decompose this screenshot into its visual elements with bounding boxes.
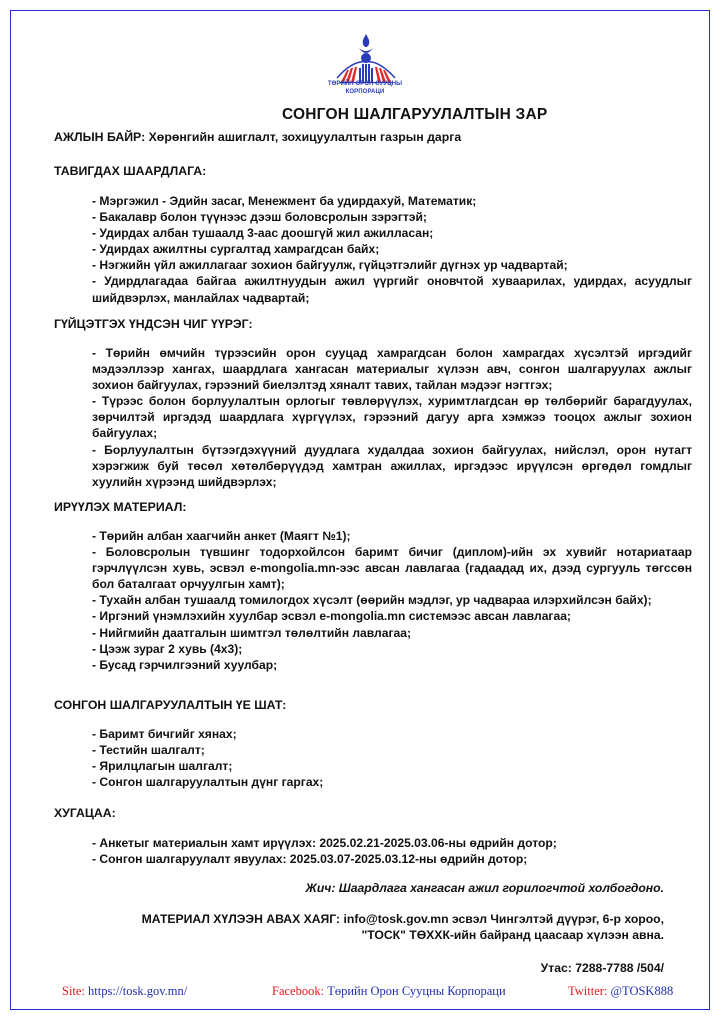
organization-name: ТӨРИЙН ОРОН СУУЦНЫ КОРПОРАЦИ <box>300 80 430 96</box>
deadline-heading: ХУГАЦАА: <box>54 806 116 820</box>
duties-heading: ГҮЙЦЭТГЭХ ҮНДСЭН ЧИГ ҮҮРЭГ: <box>54 317 253 331</box>
address-value-line1: info@tosk.gov.mn эсвэл Чингэлтэй дүүрэг,… <box>343 912 664 926</box>
requirements-heading: ТАВИГДАХ ШААРДЛАГА: <box>54 164 206 178</box>
material-item: - Иргэний үнэмлэхийн хуулбар эсвэл e-mon… <box>92 608 692 624</box>
deadline-item: - Сонгон шалгаруулалт явуулах: 2025.03.0… <box>92 851 692 867</box>
requirement-item: - Нэгжийн үйл ажиллагааг зохион байгуулж… <box>92 257 692 273</box>
duty-item: - Түрээс болон борлуулалтын орлогыг төвл… <box>92 393 692 441</box>
organization-name-line1: ТӨРИЙН ОРОН СУУЦНЫ <box>300 80 430 88</box>
stage-item: - Ярилцлагын шалгалт; <box>92 758 692 774</box>
note: Жич: Шаардлага хангасан ажил горилогчтой… <box>306 881 664 895</box>
twitter-label: Twitter: <box>568 984 607 998</box>
material-item: - Нийгмийн даатгалын шимтгэл төлөлтийн л… <box>92 625 692 641</box>
duty-item: - Төрийн өмчийн түрээсийн орон сууцад ха… <box>92 345 692 393</box>
deadline-list: - Анкетыг материалын хамт ирүүлэх: 2025.… <box>92 835 692 867</box>
position-line: АЖЛЫН БАЙР: Хөрөнгийн ашиглалт, зохицуул… <box>54 130 461 144</box>
requirement-item: - Мэргэжил - Эдийн засаг, Менежмент ба у… <box>92 193 692 209</box>
site-label: Site: <box>62 984 85 998</box>
material-item: - Бусад гэрчилгээний хуулбар; <box>92 657 692 673</box>
position-value: Хөрөнгийн ашиглалт, зохицуулалтын газрын… <box>149 130 462 144</box>
duty-item: - Борлуулалтын бүтээгдэхүүний дуудлага х… <box>92 442 692 490</box>
stages-list: - Баримт бичгийг хянах; - Тестийн шалгал… <box>92 726 692 790</box>
address-line1: МАТЕРИАЛ ХҮЛЭЭН АВАХ ХАЯГ: info@tosk.gov… <box>142 912 664 926</box>
deadline-item: - Анкетыг материалын хамт ирүүлэх: 2025.… <box>92 835 692 851</box>
organization-name-line2: КОРПОРАЦИ <box>300 88 430 96</box>
requirement-item: - Удирдах ажилтны сургалтад хамрагдсан б… <box>92 241 692 257</box>
requirements-list: - Мэргэжил - Эдийн засаг, Менежмент ба у… <box>92 193 692 306</box>
material-item: - Цээж зураг 2 хувь (4x3); <box>92 641 692 657</box>
requirement-item: - Удирдлагадаа байгаа ажилтнуудын ажил ү… <box>92 273 692 305</box>
stage-item: - Сонгон шалгаруулалтын дүнг гаргах; <box>92 774 692 790</box>
stage-item: - Баримт бичгийг хянах; <box>92 726 692 742</box>
twitter-link[interactable]: @TOSK888 <box>611 984 674 998</box>
requirement-item: - Бакалавр болон түүнээс дээш боловсролы… <box>92 209 692 225</box>
materials-heading: ИРҮҮЛЭХ МАТЕРИАЛ: <box>54 500 186 514</box>
material-item: - Төрийн албан хаагчийн анкет (Маягт №1)… <box>92 528 692 544</box>
stage-item: - Тестийн шалгалт; <box>92 742 692 758</box>
facebook-link[interactable]: Төрийн Орон Сууцны Корпораци <box>327 984 505 998</box>
stages-heading: СОНГОН ШАЛГАРУУЛАЛТЫН ҮЕ ШАТ: <box>54 698 286 712</box>
requirement-item: - Удирдах албан тушаалд 3-аас доошгүй жи… <box>92 225 692 241</box>
material-item: - Тухайн албан тушаалд томилогдох хүсэлт… <box>92 592 692 608</box>
facebook-label: Facebook: <box>272 984 324 998</box>
position-label: АЖЛЫН БАЙР: <box>54 130 145 144</box>
address-value-line2: "ТОСК" ТӨХХК-ийн байранд цаасаар хүлээн … <box>361 928 664 942</box>
footer-site: Site: https://tosk.gov.mn/ <box>62 984 187 999</box>
phone: Утас: 7288-7788 /504/ <box>541 961 664 975</box>
site-link[interactable]: https://tosk.gov.mn/ <box>88 984 187 998</box>
material-item: - Боловсролын түвшинг тодорхойлсон барим… <box>92 544 692 592</box>
footer-facebook: Facebook: Төрийн Орон Сууцны Корпораци <box>272 984 506 999</box>
address-label: МАТЕРИАЛ ХҮЛЭЭН АВАХ ХАЯГ: <box>142 912 341 926</box>
materials-list: - Төрийн албан хаагчийн анкет (Маягт №1)… <box>92 528 692 673</box>
page-title: СОНГОН ШАЛГАРУУЛАЛТЫН ЗАР <box>282 106 547 124</box>
duties-list: - Төрийн өмчийн түрээсийн орон сууцад ха… <box>92 345 692 490</box>
footer-twitter: Twitter: @TOSK888 <box>568 984 673 999</box>
